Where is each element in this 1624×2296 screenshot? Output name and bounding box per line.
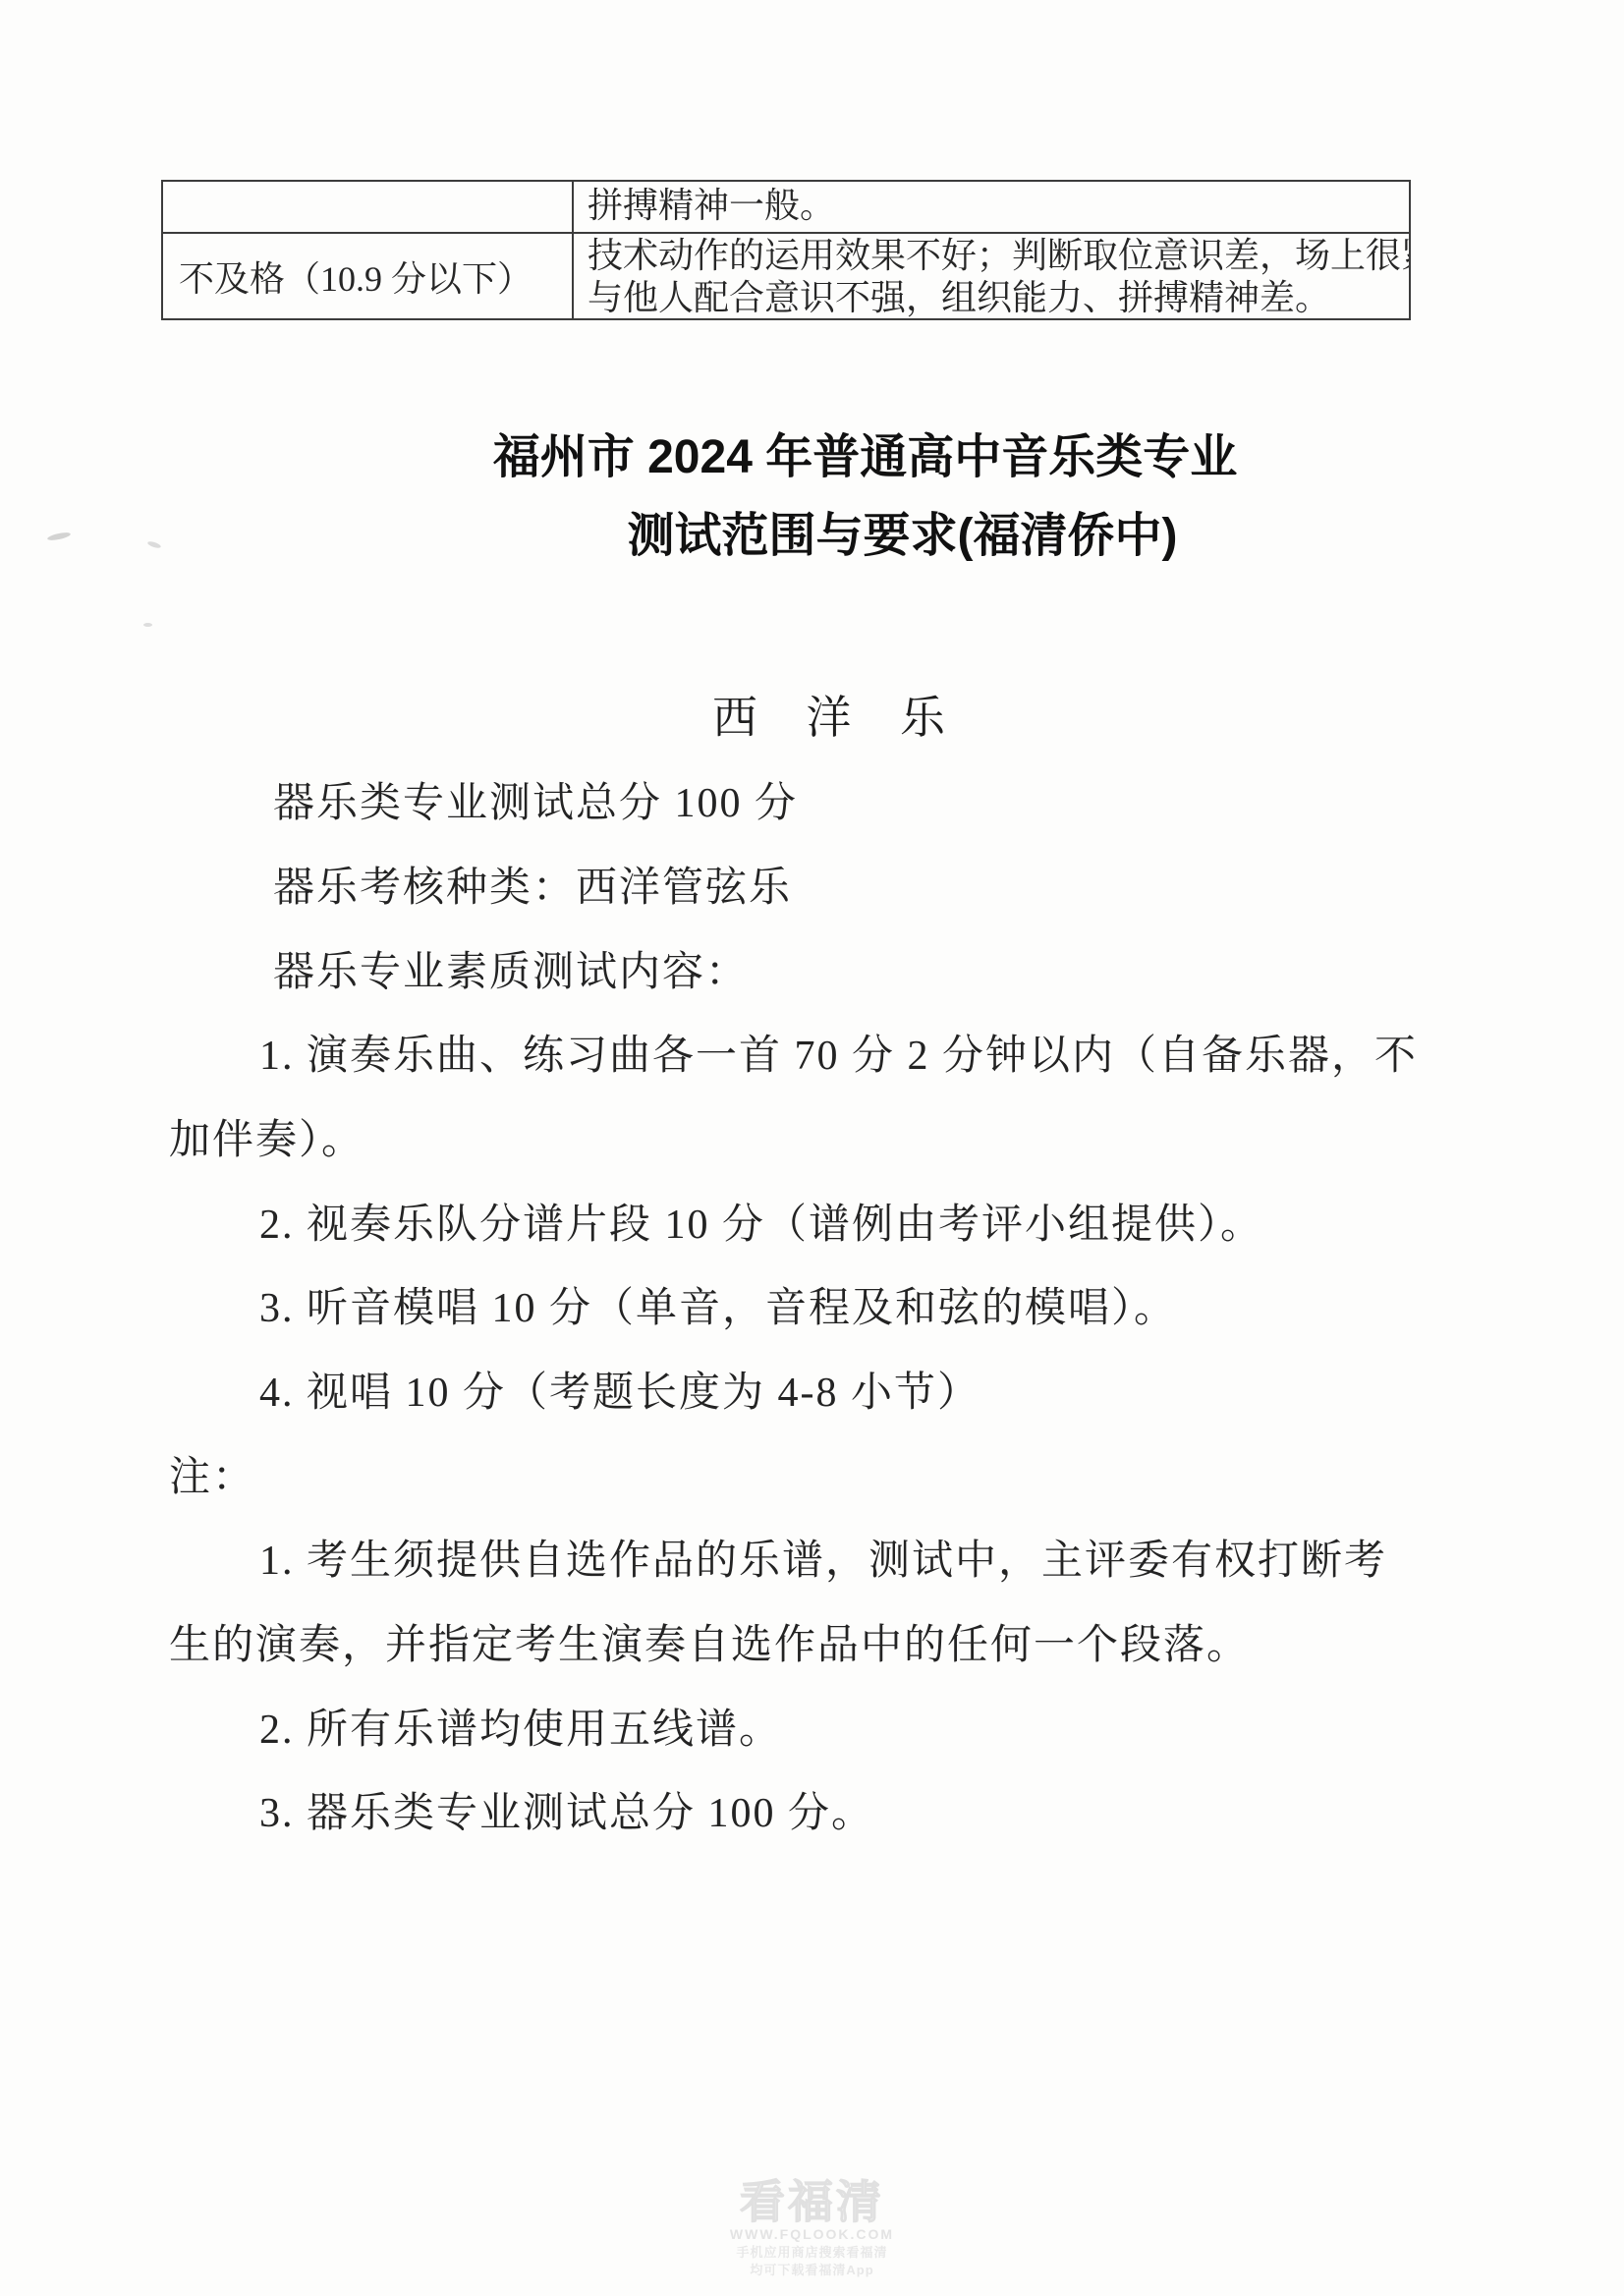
watermark-tagline-2: 均可下载看福清App: [0, 2264, 1624, 2276]
body-line-item3: 3. 听音模唱 10 分（单音，音程及和弦的模唱）。: [259, 1284, 1177, 1333]
watermark-site-url: WWW.FQLOOK.COM: [0, 2227, 1624, 2241]
description-row1-line1: 拼搏精神一般。: [574, 182, 1409, 230]
body-line-note1-continued: 生的演奏，并指定考生演奏自选作品中的任何一个段落。: [169, 1621, 1250, 1670]
body-line-note3: 3. 器乐类专业测试总分 100 分。: [259, 1789, 874, 1838]
watermark-tagline-1: 手机应用商店搜索看福清: [0, 2246, 1624, 2259]
scanned-document-page: 拼搏精神一般。 不及格（10.9 分以下） 技术动作的运用效果不好；判断取位意识…: [0, 0, 1624, 2296]
grading-table: 拼搏精神一般。 不及格（10.9 分以下） 技术动作的运用效果不好；判断取位意识…: [161, 180, 1411, 320]
description-row2-line1: 技术动作的运用效果不好；判断取位意识差，场上很紧张、: [588, 235, 1409, 277]
table-cell-description-row2: 技术动作的运用效果不好；判断取位意识差，场上很紧张、 与他人配合意识不强，组织能…: [572, 232, 1409, 318]
body-line-exam-category: 器乐考核种类：西洋管弦乐: [273, 864, 792, 913]
scan-speck: [143, 623, 152, 627]
body-line-item4: 4. 视唱 10 分（考题长度为 4-8 小节）: [259, 1369, 980, 1418]
body-line-test-content: 器乐专业素质测试内容：: [273, 948, 749, 997]
body-line-note2: 2. 所有乐谱均使用五线谱。: [259, 1706, 782, 1755]
document-title-line2: 测试范围与要求(福清侨中): [90, 509, 1624, 564]
section-heading-western-music: 西 洋 乐: [24, 682, 1624, 747]
site-watermark: 看福清 WWW.FQLOOK.COM 手机应用商店搜索看福清 均可下载看福清Ap…: [0, 2179, 1624, 2276]
scan-speck: [47, 532, 72, 542]
table-cell-grade-row1: [163, 182, 572, 232]
document-title-line1: 福州市 2024 年普通高中音乐类专业: [53, 430, 1624, 485]
table-cell-grade-row2: 不及格（10.9 分以下）: [163, 232, 572, 318]
body-line-note-label: 注：: [169, 1453, 255, 1502]
body-line-note1: 1. 考生须提供自选作品的乐谱，测试中，主评委有权打断考: [259, 1537, 1387, 1586]
body-line-total-score: 器乐类专业测试总分 100 分: [273, 779, 798, 828]
body-line-item2: 2. 视奏乐队分谱片段 10 分（谱例由考评小组提供）。: [259, 1201, 1263, 1250]
table-cell-description-row1: 拼搏精神一般。: [572, 182, 1409, 232]
watermark-logo-text: 看福清: [0, 2179, 1624, 2224]
description-row2-line2: 与他人配合意识不强，组织能力、拼搏精神差。: [588, 277, 1409, 318]
grade-label-row2: 不及格（10.9 分以下）: [179, 252, 532, 302]
body-line-item1-continued: 加伴奏）。: [169, 1116, 364, 1165]
body-line-item1: 1. 演奏乐曲、练习曲各一首 70 分 2 分钟以内（自备乐器，不: [259, 1032, 1418, 1081]
